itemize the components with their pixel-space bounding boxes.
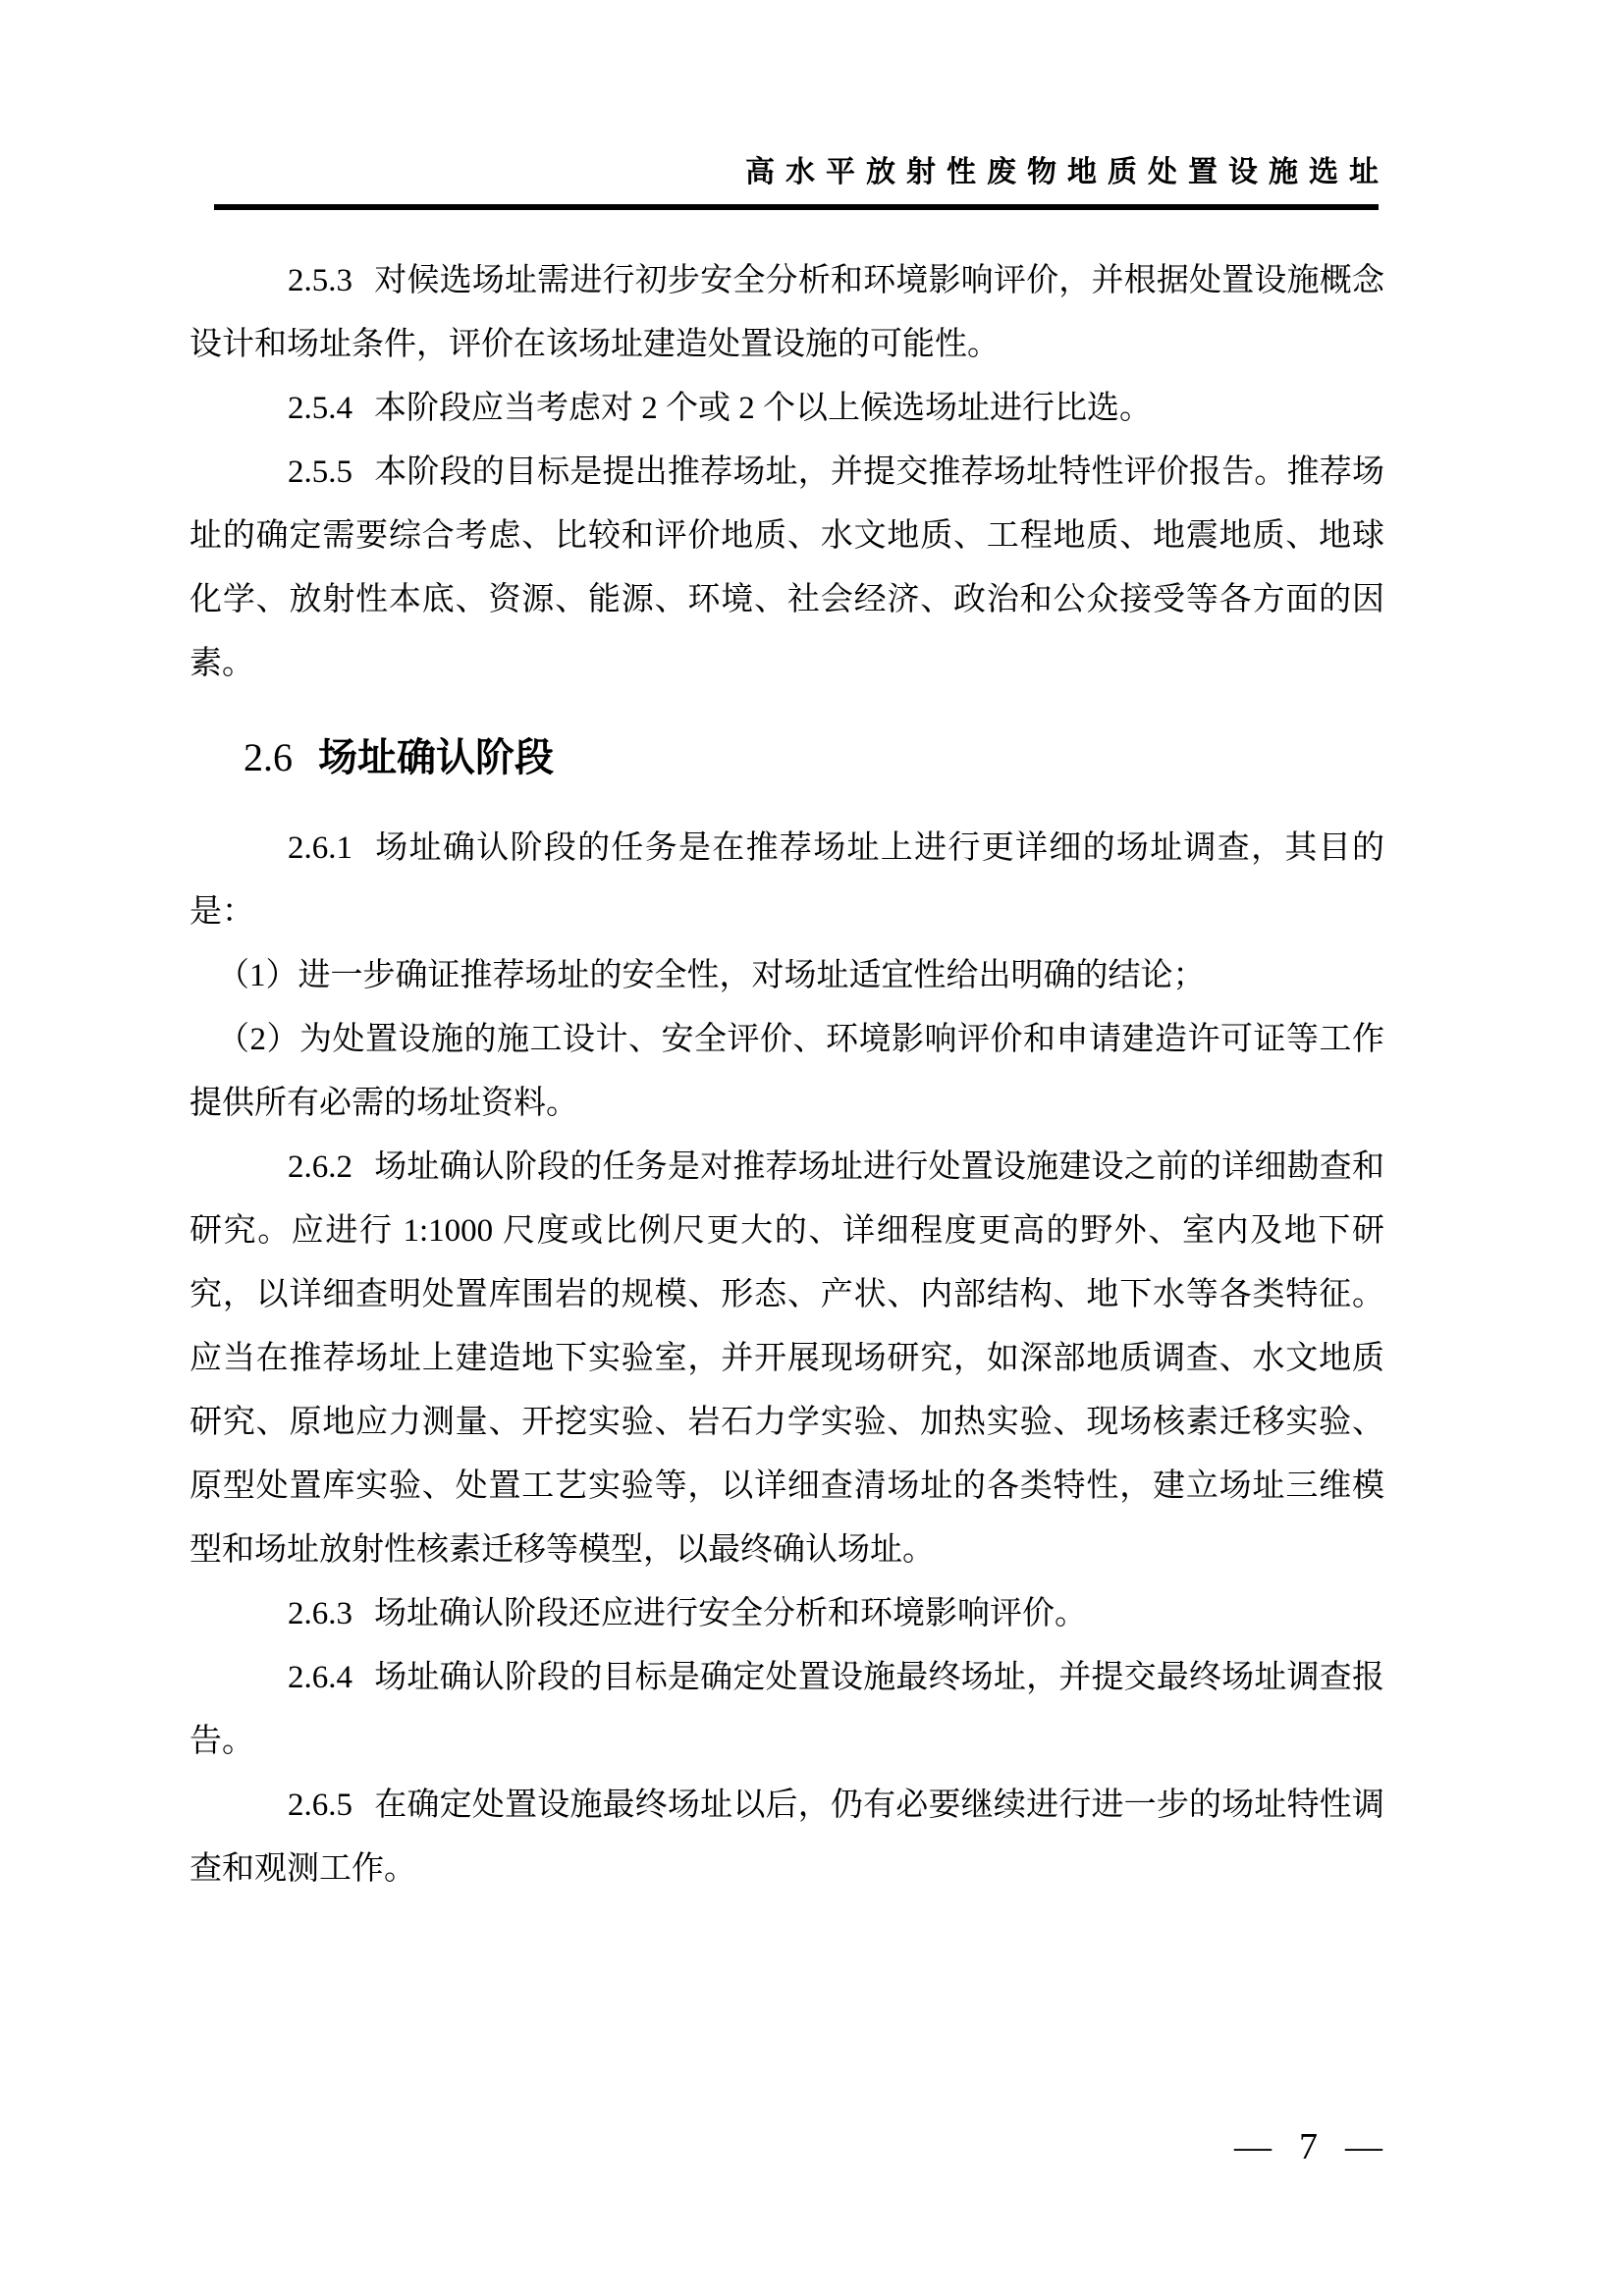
- paragraph-2-6-1: 2.6.1场址确认阶段的任务是在推荐场址上进行更详细的场址调查，其目的是：: [189, 817, 1384, 944]
- footer-left-dash: —: [1234, 2123, 1272, 2170]
- paragraph-2-6-2: 2.6.2场址确认阶段的任务是对推荐场址进行处置设施建设之前的详细勘查和研究。应…: [189, 1136, 1384, 1582]
- paragraph-number: 2.6.5: [288, 1788, 352, 1823]
- heading-label: 场址确认阶段: [318, 736, 554, 779]
- list-item: （2）为处置设施的施工设计、安全评价、环境影响评价和申请建造许可证等工作提供所有…: [189, 1008, 1384, 1136]
- paragraph-text: 场址确认阶段的目标是确定处置设施最终场址，并提交最终场址调查报告。: [189, 1660, 1384, 1759]
- paragraph-text: 本阶段的目标是提出推荐场址，并提交推荐场址特性评价报告。推荐场址的确定需要综合考…: [189, 454, 1384, 681]
- document-page: 高水平放射性废物地质处置设施选址 2.5.3对候选场址需进行初步安全分析和环境影…: [0, 0, 1624, 2296]
- paragraph-number: 2.5.4: [288, 391, 352, 426]
- list-item: （1）进一步确证推荐场址的安全性，对场址适宜性给出明确的结论；: [189, 944, 1384, 1008]
- paragraph-2-6-3: 2.6.3场址确认阶段还应进行安全分析和环境影响评价。: [189, 1582, 1384, 1646]
- paragraph-2-5-4: 2.5.4本阶段应当考虑对 2 个或 2 个以上候选场址进行比选。: [189, 377, 1384, 441]
- paragraph-number: 2.5.3: [288, 263, 352, 298]
- list-text: 进一步确证推荐场址的安全性，对场址适宜性给出明确的结论；: [298, 958, 1206, 993]
- paragraph-text: 场址确认阶段的任务是对推荐场址进行处置设施建设之前的详细勘查和研究。应进行 1:…: [189, 1149, 1384, 1568]
- document-body: 2.5.3对候选场址需进行初步安全分析和环境影响评价，并根据处置设施概念设计和场…: [189, 249, 1384, 1901]
- paragraph-number: 2.6.3: [288, 1596, 352, 1631]
- paragraph-number: 2.6.1: [288, 830, 352, 866]
- paragraph-2-5-5: 2.5.5本阶段的目标是提出推荐场址，并提交推荐场址特性评价报告。推荐场址的确定…: [189, 441, 1384, 696]
- paragraph-text: 场址确认阶段的任务是在推荐场址上进行更详细的场址调查，其目的是：: [189, 830, 1384, 930]
- heading-number: 2.6: [244, 735, 293, 779]
- paragraph-text: 场址确认阶段还应进行安全分析和环境影响评价。: [374, 1596, 1087, 1631]
- list-text: 为处置设施的施工设计、安全评价、环境影响评价和申请建造许可证等工作提供所有必需的…: [189, 1022, 1384, 1121]
- list-marker: （1）: [217, 958, 298, 993]
- paragraph-2-6-4: 2.6.4场址确认阶段的目标是确定处置设施最终场址，并提交最终场址调查报告。: [189, 1646, 1384, 1774]
- section-heading: 2.6场址确认阶段: [244, 725, 1384, 787]
- page-footer: —7—: [1234, 2123, 1382, 2170]
- list-marker: （2）: [217, 1022, 299, 1057]
- paragraph-text: 本阶段应当考虑对 2 个或 2 个以上候选场址进行比选。: [374, 391, 1152, 426]
- page-header: 高水平放射性废物地质处置设施选址: [214, 147, 1379, 210]
- content: 2.5.3对候选场址需进行初步安全分析和环境影响评价，并根据处置设施概念设计和场…: [189, 249, 1384, 1901]
- paragraph-number: 2.5.5: [288, 454, 352, 490]
- paragraph-2-5-3: 2.5.3对候选场址需进行初步安全分析和环境影响评价，并根据处置设施概念设计和场…: [189, 249, 1384, 377]
- paragraph-number: 2.6.2: [288, 1149, 352, 1185]
- paragraph-number: 2.6.4: [288, 1660, 352, 1695]
- footer-right-dash: —: [1345, 2123, 1382, 2170]
- header-title: 高水平放射性废物地质处置设施选址: [745, 156, 1389, 188]
- page-number: 7: [1299, 2123, 1318, 2170]
- paragraph-text: 在确定处置设施最终场址以后，仍有必要继续进行进一步的场址特性调查和观测工作。: [189, 1788, 1384, 1887]
- paragraph-2-6-5: 2.6.5在确定处置设施最终场址以后，仍有必要继续进行进一步的场址特性调查和观测…: [189, 1774, 1384, 1901]
- paragraph-text: 对候选场址需进行初步安全分析和环境影响评价，并根据处置设施概念设计和场址条件，评…: [189, 263, 1384, 362]
